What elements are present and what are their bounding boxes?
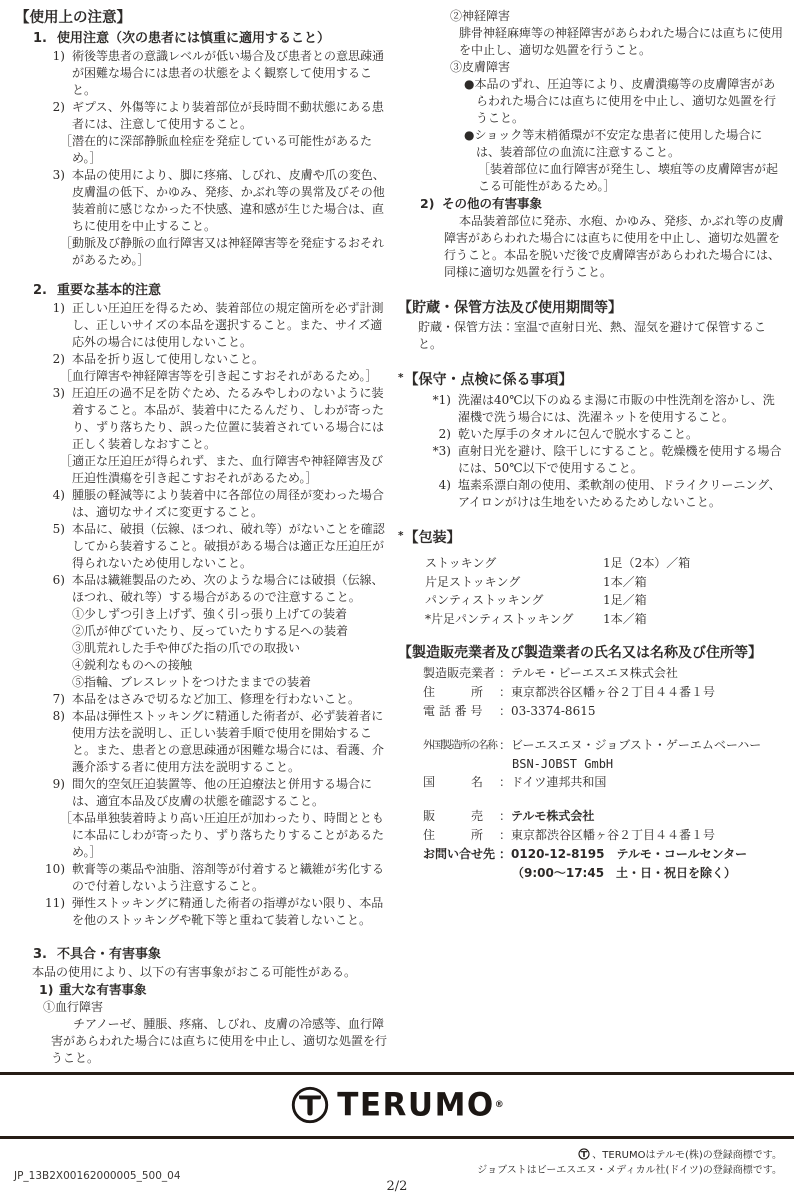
spacer xyxy=(398,628,784,642)
spacer xyxy=(15,929,394,945)
subsection-heading: 1)重大な有害事象 xyxy=(15,981,394,999)
spacer xyxy=(398,281,784,297)
continuation-line: （9:00～17:45 土・日・祝日を除く） xyxy=(512,864,784,883)
circled-item-body: チアノーゼ、腫脹、疼痛、しびれ、皮膚の冷感等、血行障害があらわれた場合には直ちに… xyxy=(51,1016,394,1067)
item-text: 圧迫圧の過不足を防ぐため、たるみやしわのないように装着すること。本品が、装着中に… xyxy=(72,385,394,453)
info-field-row: 電 話 番 号：03-3374-8615 xyxy=(423,702,784,721)
list-item: 2)乾いた厚手のタオルに包んで脱水すること。 xyxy=(398,426,784,443)
field-value: 東京都渋谷区幡ヶ谷２丁目４４番１号 xyxy=(511,683,715,702)
left-column: 【使用上の注意】1.使用注意（次の患者には慎重に適用すること）1)術後等患者の意… xyxy=(15,8,394,1067)
item-text: 洗濯は40℃以下のぬるま湯に市販の中性洗剤を溶かし、洗濯機で洗う場合には、洗濯ネ… xyxy=(458,392,784,426)
subsection-body: 本品装着部位に発赤、水疱、かゆみ、発疹、かぶれ等の皮膚障害があらわれた場合には直… xyxy=(444,213,784,281)
field-label: 販 売 xyxy=(423,807,499,826)
item-number: 5) xyxy=(15,521,72,572)
item-text: 本品をはさみで切るなど加工、修理を行わないこと。 xyxy=(72,691,394,708)
field-label: 住 所 xyxy=(423,683,499,702)
item-text: 本品のずれ、圧迫等により、皮膚潰瘍等の皮膚障害があらわれた場合には直ちに使用を中… xyxy=(474,77,776,125)
item-text: 使用注意（次の患者には慎重に適用すること） xyxy=(57,29,394,48)
numbered-sub-item: ①少しずつ引き上げず、強く引っ張り上げての装着 xyxy=(72,606,394,623)
field-value: 03-3374-8615 xyxy=(511,702,595,721)
item-text: 直射日光を避け、陰干しにすること。乾燥機を使用する場合には、50℃以下で使用する… xyxy=(458,443,784,477)
packaging-row: 片足ストッキング1本／箱 xyxy=(425,573,784,592)
item-text: その他の有害事象 xyxy=(442,195,542,213)
field-label: 国 名 xyxy=(423,773,499,792)
field-value: 0120-12-8195 テルモ・コールセンター xyxy=(511,845,747,864)
field-label: 製造販売業者 xyxy=(423,664,499,683)
numbered-section-heading: 1.使用注意（次の患者には慎重に適用すること） xyxy=(15,29,394,48)
info-field-row: 住 所：東京都渋谷区幡ヶ谷２丁目４４番１号 xyxy=(423,826,784,845)
package-quantity: 1足／箱 xyxy=(603,591,647,610)
paragraph: 本品の使用により、以下の有害事象がおこる可能性がある。 xyxy=(32,964,394,981)
list-item: 1)正しい圧迫圧を得るため、装着部位の規定箇所を必ず計測し、正しいサイズの本品を… xyxy=(15,300,394,351)
list-item: *1)洗濯は40℃以下のぬるま湯に市販の中性洗剤を溶かし、洗濯機で洗う場合には、… xyxy=(398,392,784,426)
bracket-section-heading: 【製造販売業者及び製造業者の氏名又は名称及び住所等】 xyxy=(398,643,784,663)
item-number: 7) xyxy=(15,691,72,708)
circled-heading: ③皮膚障害 xyxy=(450,59,784,76)
footnote-asterisk: * xyxy=(398,372,404,384)
list-item: 3)本品の使用により、脚に疼痛、しびれ、皮膚や爪の変色、皮膚温の低下、かゆみ、発… xyxy=(15,167,394,235)
reason-note: ［動脈及び静脈の血行障害又は神経障害等を発症するおそれがあるため。］ xyxy=(72,235,394,269)
list-item: 8)本品は弾性ストッキングに精通した術者が、必ず装着者に使用方法を説明し、正しい… xyxy=(15,708,394,776)
field-separator: ： xyxy=(499,807,511,826)
bullet-note: ［装着部位に血行障害が発生し、壊疽等の皮膚障害が起こる可能性があるため。］ xyxy=(478,161,784,195)
list-item: 10)軟膏等の薬品や油脂、溶剤等が付着すると繊維が劣化するので付着しないよう注意… xyxy=(15,861,394,895)
list-item: 4)腫脹の軽減等により装着中に各部位の周径が変わった場合は、適切なサイズに変更す… xyxy=(15,487,394,521)
item-number: 4) xyxy=(398,477,458,511)
spacer xyxy=(398,353,784,369)
circled-item-body: 腓骨神経麻痺等の神経障害があらわれた場合には直ちに使用を中止し、適切な処置を行う… xyxy=(459,25,784,59)
list-item: *3)直射日光を避け、陰干しにすること。乾燥機を使用する場合には、50℃以下で使… xyxy=(398,443,784,477)
reason-note: ［血行障害や神経障害等を引き起こすおそれがあるため。］ xyxy=(72,368,394,385)
item-number: 3. xyxy=(33,945,57,964)
package-quantity: 1足（2本）／箱 xyxy=(603,554,690,573)
item-text: 間欠的空気圧迫装置等、他の圧迫療法と併用する場合には、適宜本品及び皮膚の状態を確… xyxy=(72,776,394,810)
item-text: 重要な基本的注意 xyxy=(57,281,394,300)
item-text: 軟膏等の薬品や油脂、溶剤等が付着すると繊維が劣化するので付着しないよう注意するこ… xyxy=(72,861,394,895)
reason-note: ［潜在的に深部静脈血栓症を発症している可能性があるため。］ xyxy=(72,133,394,167)
logo-wordmark: TERUMO xyxy=(337,1096,495,1114)
field-value: ドイツ連邦共和国 xyxy=(511,773,606,792)
info-field-row: 販 売：テルモ株式会社 xyxy=(423,807,784,826)
latin-name-line: BSN-JOBST GmbH xyxy=(512,755,784,773)
circled-heading: ②神経障害 xyxy=(450,8,784,25)
heading-text: 【貯蔵・保管方法及び使用期間等】 xyxy=(398,300,622,316)
item-text: 本品の使用により、脚に疼痛、しびれ、皮膚や爪の変色、皮膚温の低下、かゆみ、発疹、… xyxy=(72,167,394,235)
packaging-row: ストッキング1足（2本）／箱 xyxy=(425,554,784,573)
item-number: 6) xyxy=(15,572,72,606)
item-text: 乾いた厚手のタオルに包んで脱水すること。 xyxy=(458,426,784,443)
package-quantity: 1本／箱 xyxy=(603,610,647,629)
trademark-text-1: 、TERUMOはテルモ(株)の登録商標です。 xyxy=(592,1148,782,1163)
item-text: ギプス、外傷等により装着部位が長時間不動状態にある患者には、注意して使用すること… xyxy=(72,99,394,133)
page-number: 2/2 xyxy=(0,1178,794,1195)
package-name: パンティストッキング xyxy=(425,591,603,610)
subsection-heading: 2)その他の有害事象 xyxy=(398,195,784,213)
item-text: 本品は繊維製品のため、次のような場合には破損（伝線、ほつれ、破れ等）する場合があ… xyxy=(72,572,394,606)
trademark-line-1: 、TERUMOはテルモ(株)の登録商標です。 xyxy=(477,1148,782,1163)
item-number: 10) xyxy=(15,861,72,895)
package-name: 片足ストッキング xyxy=(425,573,603,592)
circled-heading: ①血行障害 xyxy=(43,999,394,1016)
numbered-section-heading: 3.不具合・有害事象 xyxy=(15,945,394,964)
info-field-row: 住 所：東京都渋谷区幡ヶ谷２丁目４４番１号 xyxy=(423,683,784,702)
item-text: 塩素系漂白剤の使用、柔軟剤の使用、ドライクリーニング、アイロンがけは生地をいため… xyxy=(458,477,784,511)
item-number: 4) xyxy=(15,487,72,521)
item-number: 2) xyxy=(15,351,72,368)
item-number: 1. xyxy=(33,29,57,48)
doc-title: 【使用上の注意】 xyxy=(15,8,394,29)
field-separator: ： xyxy=(499,773,511,792)
trademark-line-2: ジョブストはビーエスエヌ・メディカル社(ドイツ)の登録商標です。 xyxy=(477,1163,782,1178)
bullet-icon: ● xyxy=(464,128,474,142)
list-item: 7)本品をはさみで切るなど加工、修理を行わないこと。 xyxy=(15,691,394,708)
item-text: 本品は弾性ストッキングに精通した術者が、必ず装着者に使用方法を説明し、正しい装着… xyxy=(72,708,394,776)
terumo-logo: TERUMO® xyxy=(0,1078,794,1132)
item-number: 1) xyxy=(15,300,72,351)
list-item: 5)本品に、破損（伝線、ほつれ、破れ等）がないことを確認してから装着すること。破… xyxy=(15,521,394,572)
list-item: 4)塩素系漂白剤の使用、柔軟剤の使用、ドライクリーニング、アイロンがけは生地をい… xyxy=(398,477,784,511)
item-number: 11) xyxy=(15,895,72,929)
numbered-sub-item: ⑤指輪、ブレスレットをつけたままでの装着 xyxy=(72,674,394,691)
list-item: 6)本品は繊維製品のため、次のような場合には破損（伝線、ほつれ、破れ等）する場合… xyxy=(15,572,394,606)
spacer xyxy=(398,792,784,807)
field-label: 外国製造所の名称 xyxy=(423,736,499,755)
package-name: ストッキング xyxy=(425,554,603,573)
field-value: 東京都渋谷区幡ヶ谷２丁目４４番１号 xyxy=(511,826,715,845)
item-text: 重大な有害事象 xyxy=(59,981,147,999)
bracket-section-heading: *【保守・点検に係る事項】 xyxy=(398,370,784,391)
registered-mark: ® xyxy=(495,1097,504,1114)
item-text: 術後等患者の意識レベルが低い場合及び患者との意思疎通が困難な場合には患者の状態を… xyxy=(72,48,394,99)
info-field-row: 製造販売業者：テルモ・ビーエスエヌ株式会社 xyxy=(423,664,784,683)
bracket-section-heading: 【貯蔵・保管方法及び使用期間等】 xyxy=(398,298,784,318)
info-field-row: 外国製造所の名称：ビーエスエヌ・ジョブスト・ゲーエムベーハー xyxy=(423,736,784,755)
item-number: 2) xyxy=(420,195,442,213)
horizontal-rule-bottom xyxy=(0,1136,794,1139)
packaging-row: *片足パンティストッキング1本／箱 xyxy=(425,610,784,629)
list-item: 2)本品を折り返して使用しないこと。 xyxy=(15,351,394,368)
spacer xyxy=(15,269,394,281)
footnote-asterisk: * xyxy=(398,530,404,542)
heading-text: 【製造販売業者及び製造業者の氏名又は名称及び住所等】 xyxy=(398,645,762,661)
info-field-row: お問い合せ先：0120-12-8195 テルモ・コールセンター xyxy=(423,845,784,864)
numbered-section-heading: 2.重要な基本的注意 xyxy=(15,281,394,300)
item-text: 不具合・有害事象 xyxy=(57,945,394,964)
item-number: 2. xyxy=(33,281,57,300)
item-number: *1) xyxy=(398,392,458,426)
list-item: 2)ギプス、外傷等により装着部位が長時間不動状態にある患者には、注意して使用する… xyxy=(15,99,394,133)
package-name: *片足パンティストッキング xyxy=(425,610,603,629)
field-label: 住 所 xyxy=(423,826,499,845)
item-number: 8) xyxy=(15,708,72,776)
two-column-text-area: 【使用上の注意】1.使用注意（次の患者には慎重に適用すること）1)術後等患者の意… xyxy=(0,0,794,1067)
item-text: 腫脹の軽減等により装着中に各部位の周径が変わった場合は、適切なサイズに変更するこ… xyxy=(72,487,394,521)
item-text: 本品を折り返して使用しないこと。 xyxy=(72,351,394,368)
terumo-circle-t-icon xyxy=(578,1148,590,1160)
item-text: ショック等末梢循環が不安定な患者に使用した場合には、装着部位の血流に注意すること… xyxy=(474,128,762,159)
field-separator: ： xyxy=(499,683,511,702)
numbered-sub-item: ②爪が伸びていたり、反っていたりする足への装着 xyxy=(72,623,394,640)
heading-text: 【保守・点検に係る事項】 xyxy=(405,372,573,388)
item-number: 9) xyxy=(15,776,72,810)
field-label: 電 話 番 号 xyxy=(423,702,499,721)
info-field-row: 国 名：ドイツ連邦共和国 xyxy=(423,773,784,792)
field-label: お問い合せ先 xyxy=(423,845,499,864)
numbered-sub-item: ④鋭利なものへの接触 xyxy=(72,657,394,674)
list-item: 9)間欠的空気圧迫装置等、他の圧迫療法と併用する場合には、適宜本品及び皮膚の状態… xyxy=(15,776,394,810)
bullet-item: ●ショック等末梢循環が不安定な患者に使用した場合には、装着部位の血流に注意するこ… xyxy=(476,127,784,161)
horizontal-rule-top xyxy=(0,1072,794,1075)
terumo-circle-t-icon xyxy=(290,1085,330,1125)
item-text: 本品に、破損（伝線、ほつれ、破れ等）がないことを確認してから装着すること。破損が… xyxy=(72,521,394,572)
list-item: 1)術後等患者の意識レベルが低い場合及び患者との意思疎通が困難な場合には患者の状… xyxy=(15,48,394,99)
field-separator: ： xyxy=(499,702,511,721)
field-separator: ： xyxy=(499,736,511,755)
package-quantity: 1本／箱 xyxy=(603,573,647,592)
field-separator: ： xyxy=(499,845,511,864)
packaging-row: パンティストッキング1足／箱 xyxy=(425,591,784,610)
bullet-icon: ● xyxy=(464,77,474,91)
item-number: 3) xyxy=(15,167,72,235)
field-value: ビーエスエヌ・ジョブスト・ゲーエムベーハー xyxy=(511,736,761,755)
reason-note: ［本品単独装着時より高い圧迫圧が加わったり、時間とともに本品にしわが寄ったり、ず… xyxy=(72,810,394,861)
item-number: 1) xyxy=(39,981,59,999)
item-text: 弾性ストッキングに精通した術者の指導がない限り、本品を他のストッキングや靴下等と… xyxy=(72,895,394,929)
field-separator: ： xyxy=(499,826,511,845)
field-value: テルモ株式会社 xyxy=(511,807,594,826)
item-number: 2) xyxy=(15,99,72,133)
right-column: ②神経障害腓骨神経麻痺等の神経障害があらわれた場合には直ちに使用を中止し、適切な… xyxy=(398,8,784,1067)
bullet-item: ●本品のずれ、圧迫等により、皮膚潰瘍等の皮膚障害があらわれた場合には直ちに使用を… xyxy=(476,76,784,127)
item-number: 2) xyxy=(398,426,458,443)
reason-note: ［適正な圧迫圧が得られず、また、血行障害や神経障害及び圧迫性潰瘍を引き起こすおそ… xyxy=(72,453,394,487)
heading-text: 【包装】 xyxy=(405,530,461,546)
field-value: テルモ・ビーエスエヌ株式会社 xyxy=(511,664,678,683)
numbered-sub-item: ③肌荒れした手や伸びた指の爪での取扱い xyxy=(72,640,394,657)
item-text: 正しい圧迫圧を得るため、装着部位の規定箇所を必ず計測し、正しいサイズの本品を選択… xyxy=(72,300,394,351)
spacer xyxy=(398,511,784,527)
package-insert-page: 【使用上の注意】1.使用注意（次の患者には慎重に適用すること）1)術後等患者の意… xyxy=(0,0,794,1200)
item-number: 1) xyxy=(15,48,72,99)
trademark-notice: 、TERUMOはテルモ(株)の登録商標です。 ジョブストはビーエスエヌ・メディカ… xyxy=(477,1148,782,1178)
spacer xyxy=(398,721,784,736)
list-item: 3)圧迫圧の過不足を防ぐため、たるみやしわのないように装着すること。本品が、装着… xyxy=(15,385,394,453)
field-separator: ： xyxy=(499,664,511,683)
paragraph: 貯蔵・保管方法：室温で直射日光、熱、湿気を避けて保管すること。 xyxy=(418,319,784,353)
list-item: 11)弾性ストッキングに精通した術者の指導がない限り、本品を他のストッキングや靴… xyxy=(15,895,394,929)
item-number: 3) xyxy=(15,385,72,453)
item-number: *3) xyxy=(398,443,458,477)
bracket-section-heading: *【包装】 xyxy=(398,528,784,549)
